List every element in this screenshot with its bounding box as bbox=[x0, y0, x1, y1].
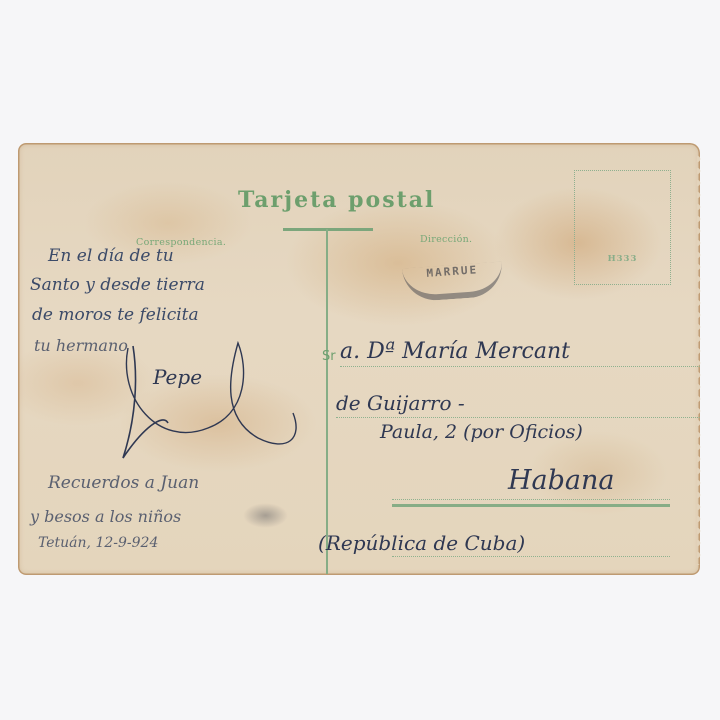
postscript-line: y besos a los niños bbox=[30, 507, 181, 526]
city-underline bbox=[392, 504, 670, 507]
address-country: (República de Cuba) bbox=[318, 531, 525, 555]
message-line: En el día de tu bbox=[48, 246, 174, 266]
postcard: Tarjeta postal Correspondencia. Direcció… bbox=[18, 143, 700, 575]
signature-flourish bbox=[98, 338, 308, 468]
message-line: Santo y desde tierra bbox=[30, 275, 205, 295]
address-prefix: Sr bbox=[322, 349, 336, 364]
postscript-line: Recuerdos a Juan bbox=[48, 473, 199, 493]
place-date: Tetuán, 12-9-924 bbox=[38, 535, 158, 551]
address-dotted-line bbox=[336, 417, 700, 418]
ink-smudge bbox=[243, 503, 288, 528]
address-line-3: Paula, 2 (por Oficios) bbox=[380, 421, 583, 443]
perforated-edge bbox=[697, 153, 703, 565]
message-line: de moros te felicita bbox=[32, 305, 199, 325]
stamp-box: H333 bbox=[574, 170, 671, 285]
address-dotted-line bbox=[340, 366, 700, 367]
signature: Pepe bbox=[153, 365, 202, 389]
address-dotted-line bbox=[392, 499, 670, 500]
divider-line bbox=[326, 229, 328, 574]
address-label: Dirección. bbox=[420, 234, 472, 245]
divider-crossbar bbox=[283, 228, 373, 231]
address-line-2: de Guijarro - bbox=[336, 391, 465, 415]
postmark: MARRUE bbox=[402, 262, 504, 303]
postcard-title: Tarjeta postal bbox=[238, 187, 435, 213]
address-city: Habana bbox=[508, 465, 615, 496]
address-line-1: a. Dª María Mercant bbox=[340, 339, 570, 364]
address-dotted-line bbox=[392, 556, 670, 557]
stamp-box-code: H333 bbox=[575, 254, 670, 264]
